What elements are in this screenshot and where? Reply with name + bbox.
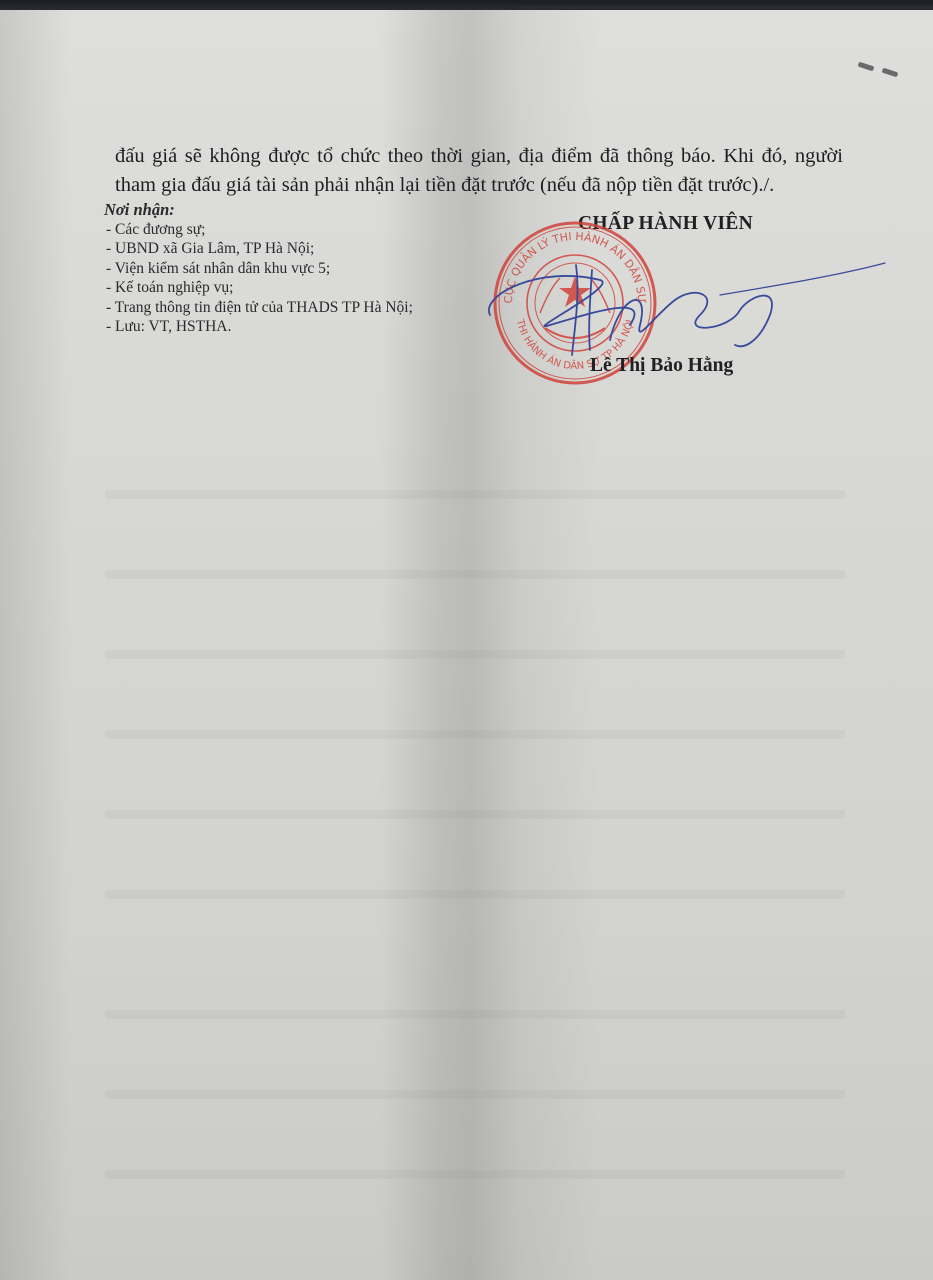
show-through-text xyxy=(105,570,845,579)
staple-mark-icon xyxy=(858,62,875,72)
recipient-item: - Trang thông tin điện tử của THADS TP H… xyxy=(104,298,413,318)
show-through-text xyxy=(105,650,845,659)
signer-name: Lê Thị Bảo Hằng xyxy=(590,355,733,377)
show-through-text xyxy=(105,1170,845,1179)
recipient-item: - UBND xã Gia Lâm, TP Hà Nội; xyxy=(104,239,413,259)
show-through-text xyxy=(105,1010,845,1019)
paragraph-line: tham gia đấu giá tài sản phải nhận lại t… xyxy=(115,171,843,200)
paragraph-line: đấu giá sẽ không được tổ chức theo thời … xyxy=(115,142,843,171)
show-through-text xyxy=(105,890,845,899)
closing-paragraph: đấu giá sẽ không được tổ chức theo thời … xyxy=(115,142,843,200)
recipient-item: - Viện kiểm sát nhân dân khu vực 5; xyxy=(104,259,413,279)
recipient-item: - Các đương sự; xyxy=(104,220,413,240)
staple-mark-icon xyxy=(882,68,899,78)
show-through-text xyxy=(105,1090,845,1099)
recipient-item: - Kế toán nghiệp vụ; xyxy=(104,278,413,298)
show-through-text xyxy=(105,490,845,499)
handwritten-signature xyxy=(480,255,890,365)
show-through-text xyxy=(105,810,845,819)
recipients-heading: Nơi nhận: xyxy=(104,200,413,220)
recipients-list: Nơi nhận: - Các đương sự; - UBND xã Gia … xyxy=(104,200,413,337)
recipient-item: - Lưu: VT, HSTHA. xyxy=(104,317,413,337)
show-through-text xyxy=(105,730,845,739)
